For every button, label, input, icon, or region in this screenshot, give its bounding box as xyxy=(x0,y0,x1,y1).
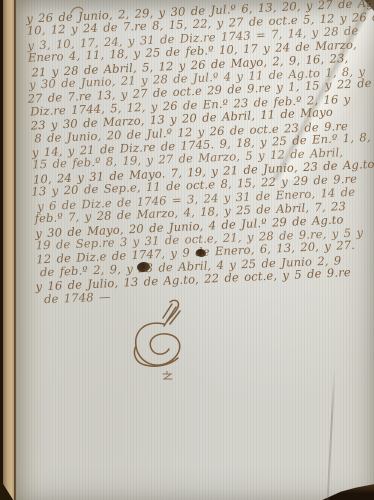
pen-stroke-icon xyxy=(70,0,84,10)
manuscript-page-scan: y 26 de Junio, 2, 29, y 30 de Jul.º 6, 1… xyxy=(0,0,374,500)
manuscript-text-block: y 26 de Junio, 2, 29, y 30 de Jul.º 6, 1… xyxy=(26,0,374,307)
z-scribble-icon xyxy=(162,366,174,376)
